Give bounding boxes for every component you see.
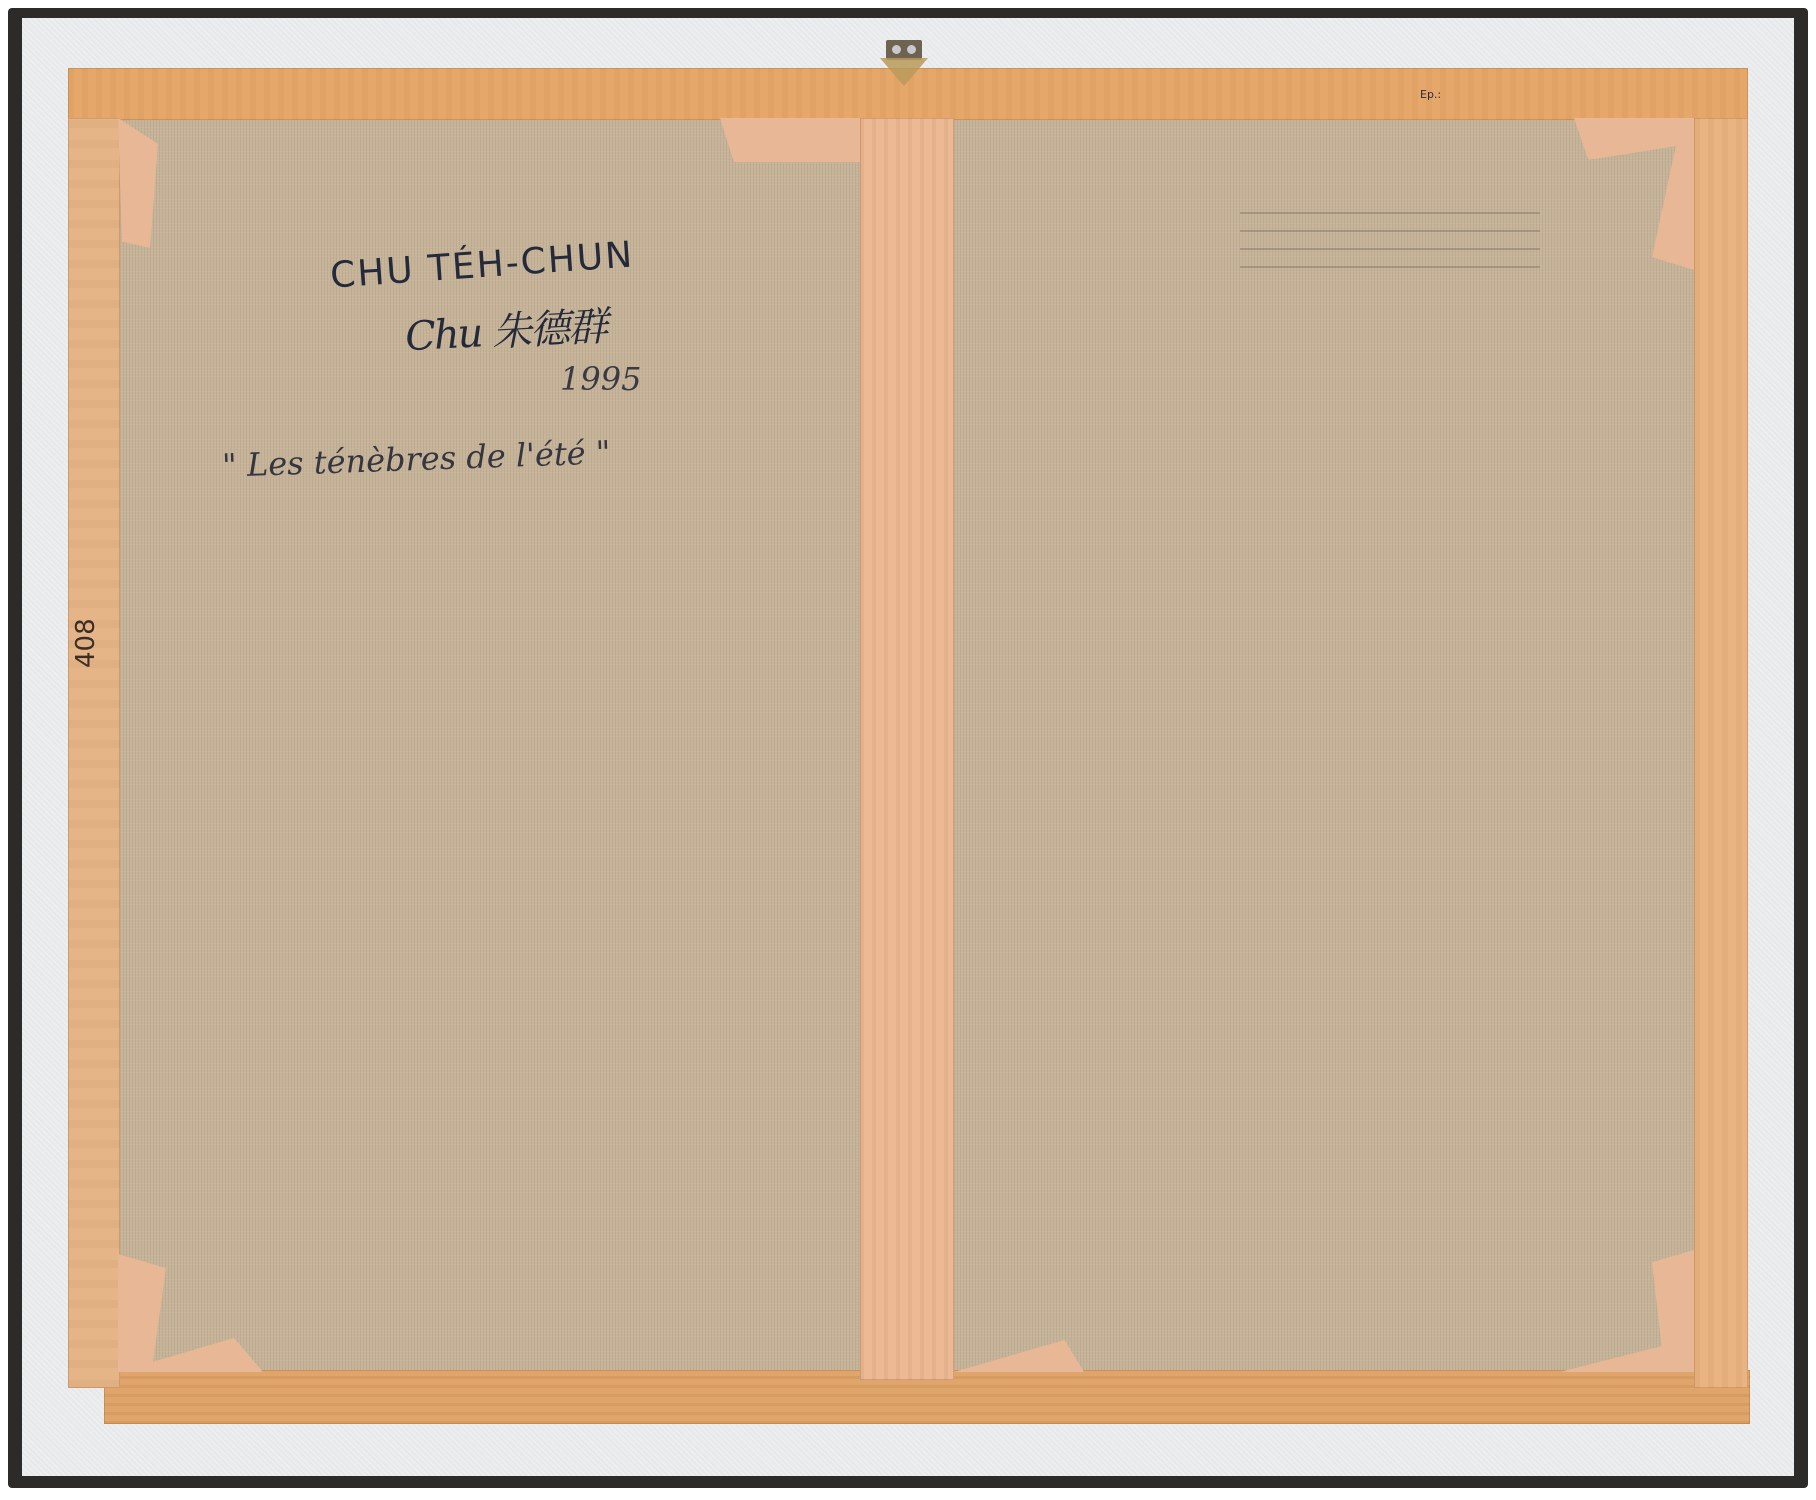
painting-back-photo: CHU TÉH-CHUN Chu 朱德群 1995 " Les ténèbres… xyxy=(0,0,1816,1500)
hanging-wire-loop xyxy=(880,58,928,86)
artist-signature: Chu 朱德群 xyxy=(404,295,608,362)
stretcher-bar-left xyxy=(68,118,120,1388)
stretcher-bar-right xyxy=(1694,118,1748,1388)
hanging-hook-plate xyxy=(886,40,922,60)
ep-label-stamp: Ep.: xyxy=(1420,88,1441,101)
linen-panel-right xyxy=(954,118,1694,1370)
corner-key-top-center xyxy=(720,118,860,162)
screw-icon xyxy=(907,45,916,54)
stretcher-crossbar-center xyxy=(860,118,954,1380)
faint-canvas-stamp xyxy=(1240,208,1540,268)
stretcher-number-stamp: 408 xyxy=(71,618,101,668)
screw-icon xyxy=(892,45,901,54)
date-inscription: 1995 xyxy=(560,360,641,398)
